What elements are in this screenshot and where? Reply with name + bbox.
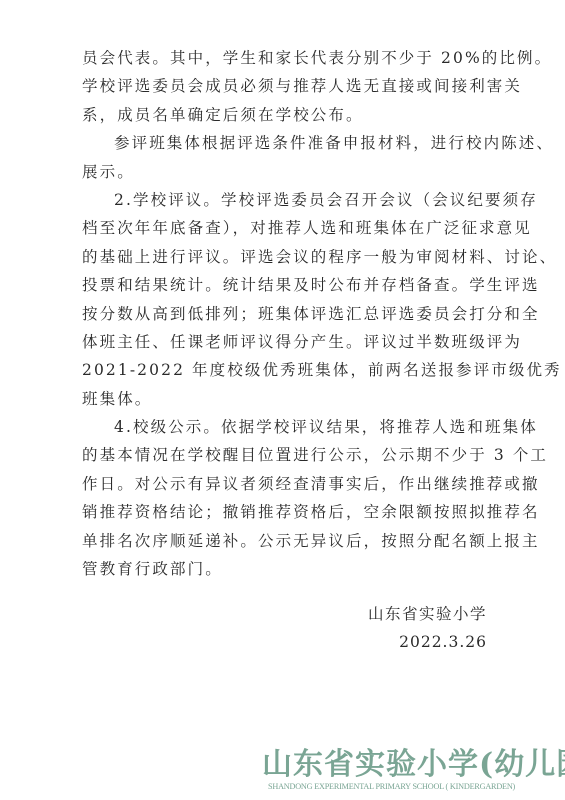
text-line: 2.学校评议。学校评选委员会召开会议（会议纪要须存: [82, 186, 492, 214]
watermark-chinese-name: 山东省实验小学(幼儿园): [262, 748, 562, 782]
text-line: 销推荐资格结论；撤销推荐资格后，空余限额按照拟推荐名: [82, 498, 492, 526]
text-line: 4.校级公示。依据学校评议结果，将推荐人选和班集体: [82, 413, 492, 441]
signature-block: 山东省实验小学 2022.3.26: [368, 600, 487, 656]
text-line: 管教育行政部门。: [82, 555, 492, 583]
text-line: 参评班集体根据评选条件准备申报材料，进行校内陈述、: [82, 129, 492, 157]
text-line: 体班主任、任课老师评议得分产生。评议过半数班级评为: [82, 328, 492, 356]
document-page: 员会代表。其中，学生和家长代表分别不少于 20%的比例。 学校评选委员会成员必须…: [0, 0, 565, 800]
signature-organization: 山东省实验小学: [368, 600, 487, 628]
watermark-english-name: SHANDONG EXPERIMENTAL PRIMARY SCHOOL ( K…: [268, 782, 562, 792]
school-watermark-logo: 山东省实验小学(幼儿园) SHANDONG EXPERIMENTAL PRIMA…: [262, 748, 562, 792]
text-line: 2021-2022 年度校级优秀班集体，前两名送报参评市级优秀: [82, 356, 492, 384]
text-line: 展示。: [82, 158, 492, 186]
text-line: 作日。对公示有异议者须经查清事实后，作出继续推荐或撤: [82, 470, 492, 498]
document-body: 员会代表。其中，学生和家长代表分别不少于 20%的比例。 学校评选委员会成员必须…: [82, 44, 492, 583]
text-line: 系，成员名单确定后须在学校公布。: [82, 101, 492, 129]
signature-date: 2022.3.26: [368, 628, 487, 656]
text-line: 按分数从高到低排列；班集体评选汇总评选委员会打分和全: [82, 300, 492, 328]
text-line: 员会代表。其中，学生和家长代表分别不少于 20%的比例。: [82, 44, 492, 72]
text-line: 投票和结果统计。统计结果及时公布并存档备查。学生评选: [82, 271, 492, 299]
text-line: 学校评选委员会成员必须与推荐人选无直接或间接利害关: [82, 72, 492, 100]
text-line: 档至次年年底备查），对推荐人选和班集体在广泛征求意见: [82, 214, 492, 242]
text-line: 单排名次序顺延递补。公示无异议后，按照分配名额上报主: [82, 527, 492, 555]
text-line: 班集体。: [82, 385, 492, 413]
text-line: 的基本情况在学校醒目位置进行公示，公示期不少于 3 个工: [82, 441, 492, 469]
text-line: 的基础上进行评议。评选会议的程序一般为审阅材料、讨论、: [82, 243, 492, 271]
